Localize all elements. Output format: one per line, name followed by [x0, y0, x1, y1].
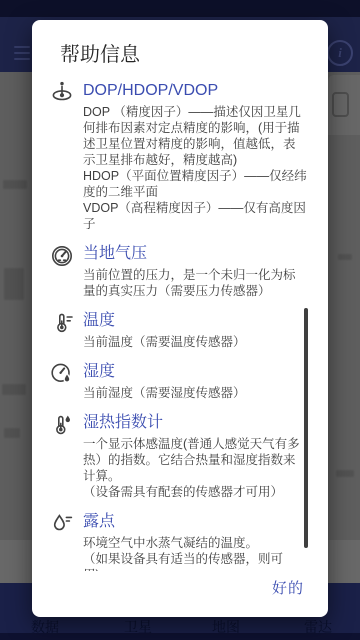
dimmed-text-fragment: [4, 268, 24, 300]
help-dialog: 帮助信息 DOP/HDOP/VDOP DOP （精度因子）——描述仅因卫星几 何…: [32, 20, 328, 617]
dimmed-patch: [0, 540, 32, 583]
section-body: 当前位置的压力，是一个未归一化为标 量的真实压力（需要压力传感器）: [83, 267, 296, 299]
screen: i 数据 卫星 地图 雷达 帮助信息: [0, 0, 360, 640]
heat-index-icon: [50, 413, 74, 437]
section-pressure: 当地气压 当前位置的压力，是一个未归一化为标 量的真实压力（需要压力传感器）: [50, 244, 308, 299]
dialog-title: 帮助信息: [60, 42, 328, 68]
section-heading: 湿热指数计: [83, 413, 300, 433]
section-body: 当前湿度（需要湿度传感器）: [83, 385, 246, 401]
section-heat-index: 湿热指数计 一个显示体感温度(普通人感觉天气有多 热）的指数。它结合热量和湿度指…: [50, 413, 308, 500]
dop-precision-icon: [50, 81, 74, 105]
dialog-scroll-area[interactable]: DOP/HDOP/VDOP DOP （精度因子）——描述仅因卫星几 何排布因素对…: [32, 81, 328, 571]
status-bar: [0, 0, 360, 17]
section-body: 一个显示体感温度(普通人感觉天气有多 热）的指数。它结合热量和湿度指数来 计算。…: [83, 436, 300, 500]
dimmed-text-fragment: [3, 180, 27, 189]
dimmed-card-fragment: [328, 75, 360, 135]
scrollbar-thumb[interactable]: [304, 308, 308, 548]
pressure-gauge-icon: [50, 244, 74, 268]
section-humidity: 湿度 当前湿度（需要湿度传感器）: [50, 362, 308, 401]
section-body: DOP （精度因子）——描述仅因卫星几 何排布因素对定点精度的影响，(用于描 述…: [83, 104, 307, 232]
section-temperature: 温度 当前温度（需要温度传感器）: [50, 311, 308, 350]
section-heading: 湿度: [83, 362, 246, 382]
dimmed-patch: [328, 540, 360, 583]
hamburger-menu-icon[interactable]: [14, 46, 30, 60]
section-heading: DOP/HDOP/VDOP: [83, 81, 307, 101]
section-body: 环境空气中水蒸气凝结的温度。 （如果设备具有适当的传感器，则可 用): [83, 535, 283, 571]
humidity-icon: [50, 362, 74, 386]
section-heading: 温度: [83, 311, 246, 331]
section-heading: 当地气压: [83, 244, 296, 264]
dimmed-text-fragment: [336, 470, 354, 477]
dew-point-icon: [50, 512, 74, 536]
dimmed-text-fragment: [2, 384, 26, 395]
section-dop: DOP/HDOP/VDOP DOP （精度因子）——描述仅因卫星几 何排布因素对…: [50, 81, 308, 232]
dimmed-text-fragment: [338, 254, 352, 260]
ok-button[interactable]: 好的: [270, 573, 306, 602]
dimmed-text-fragment: [4, 428, 20, 438]
section-heading: 露点: [83, 512, 283, 532]
gesture-bar: [0, 633, 360, 640]
section-dew-point: 露点 环境空气中水蒸气凝结的温度。 （如果设备具有适当的传感器，则可 用): [50, 512, 308, 571]
temperature-icon: [50, 311, 74, 335]
info-icon[interactable]: i: [327, 40, 353, 66]
section-body: 当前温度（需要温度传感器）: [83, 334, 246, 350]
